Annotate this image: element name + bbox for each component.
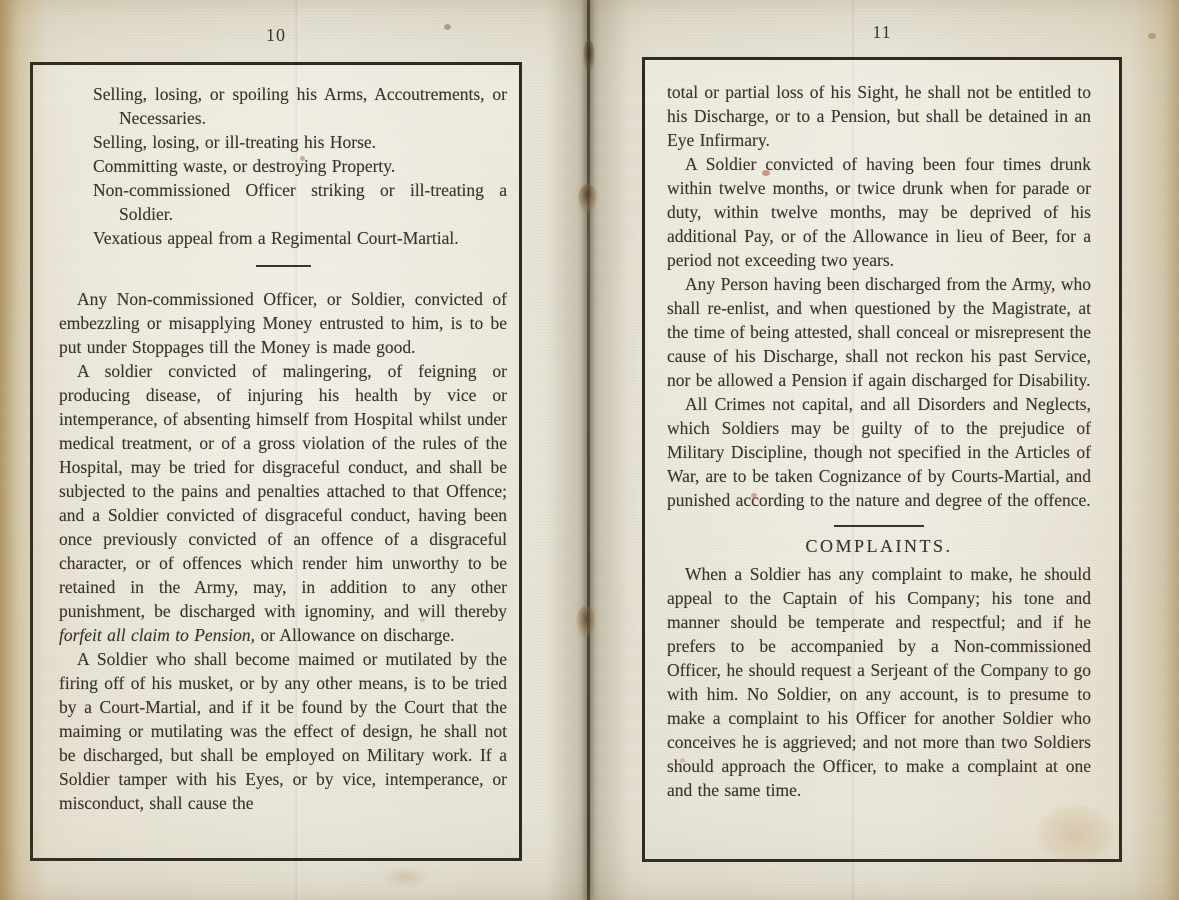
fox-spot (420, 618, 425, 622)
book-spread-photo: 10 11 Selling, losing, or spoiling his A… (0, 0, 1179, 900)
binding-stitch-mark (576, 606, 596, 638)
offence-list: Selling, losing, or spoiling his Arms, A… (93, 82, 507, 250)
paragraph-drunkenness: A Soldier convicted of having been four … (667, 152, 1091, 272)
paragraph-reenlistment: Any Person having been discharged from t… (667, 272, 1091, 392)
paragraph-text: A soldier convicted of malingering, of f… (59, 361, 507, 621)
italic-forfeit-pension: forfeit all claim to Pension, (59, 625, 255, 645)
offence-item: Selling, losing, or spoiling his Arms, A… (93, 82, 507, 130)
paper-edge-right (1163, 0, 1179, 900)
section-divider (834, 525, 924, 527)
offence-item: Non-commissioned Officer striking or ill… (93, 178, 507, 226)
paragraph-embezzling: Any Non-commissioned Officer, or Soldier… (59, 287, 507, 359)
paragraph-maimed: A Soldier who shall become maimed or mut… (59, 647, 507, 815)
page-frame-right: total or partial loss of his Sight, he s… (642, 57, 1122, 862)
fox-spot (680, 758, 685, 763)
fox-spot (751, 493, 757, 498)
paper-edge-left (0, 0, 20, 900)
paragraph-loss-of-sight: total or partial loss of his Sight, he s… (667, 80, 1091, 152)
fox-spot (1040, 287, 1046, 292)
page-right-content: total or partial loss of his Sight, he s… (645, 60, 1119, 859)
page-left-content: Selling, losing, or spoiling his Arms, A… (33, 65, 519, 858)
section-divider (256, 265, 311, 267)
paragraph-disgraceful-conduct: A soldier convicted of malingering, of f… (59, 359, 507, 647)
fox-spot (300, 156, 305, 161)
fox-spot (1148, 33, 1156, 39)
complaints-heading: COMPLAINTS. (667, 534, 1091, 558)
fox-spot (762, 170, 770, 176)
paragraph-complaints: When a Soldier has any complaint to make… (667, 562, 1091, 802)
binding-stitch-mark (578, 184, 598, 214)
paragraph-crimes-not-capital: All Crimes not capital, and all Disorder… (667, 392, 1091, 512)
binding-stitch-mark (583, 40, 595, 72)
paper-stain (382, 866, 428, 888)
page-number-right: 11 (642, 22, 1122, 43)
offence-item: Vexatious appeal from a Regimental Court… (93, 226, 507, 250)
book-gutter-line (587, 0, 590, 900)
page-frame-left: Selling, losing, or spoiling his Arms, A… (30, 62, 522, 861)
fox-spot (444, 24, 451, 30)
offence-item: Selling, losing, or ill-treating his Hor… (93, 130, 507, 154)
paper-stain (1036, 804, 1114, 864)
paragraph-text: or Allowance on discharge. (255, 625, 455, 645)
